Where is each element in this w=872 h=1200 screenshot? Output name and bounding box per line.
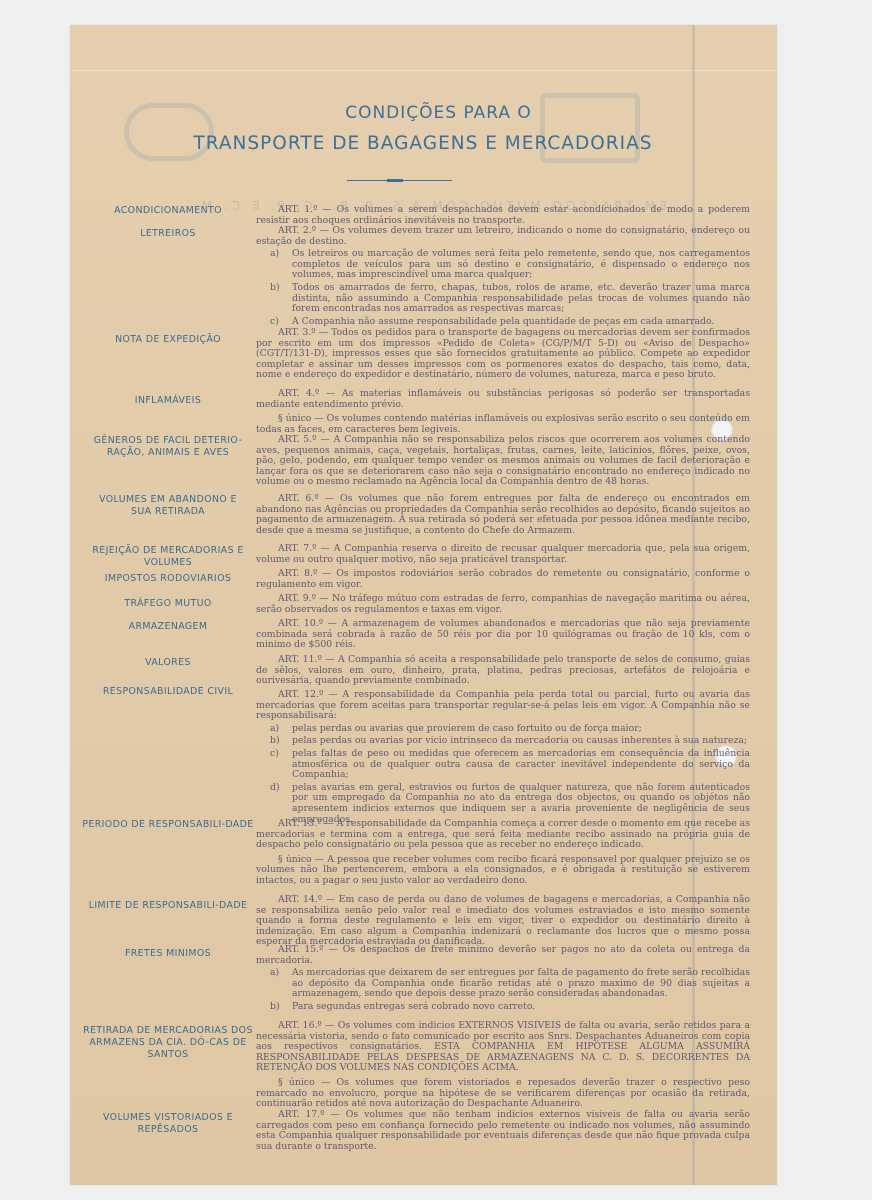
section-label: VOLUMES EM ABANDONO E SUA RETIRADA bbox=[88, 494, 248, 518]
section-label: RESPONSABILIDADE CIVIL bbox=[76, 686, 260, 698]
section-label: ARMAZENAGEM bbox=[88, 621, 248, 633]
section-body: ART. 9.º — No tráfego mútuo com estradas… bbox=[256, 594, 750, 615]
section-label: REJEIÇÃO DE MERCADORIAS E VOLUMES bbox=[88, 545, 248, 569]
page-title-line2: TRANSPORTE DE BAGAGENS E MERCADORIAS bbox=[69, 133, 777, 154]
section-body: ART. 11.º — A Companhia só aceita a resp… bbox=[256, 655, 750, 687]
section-body: ART. 7.º — A Companhia reserva o direito… bbox=[256, 544, 750, 565]
section-label: RETIRADA DE MERCADORIAS DOS ARMAZENS DA … bbox=[78, 1025, 258, 1061]
section-label: PERIODO DE RESPONSABILI-DADE bbox=[78, 819, 258, 831]
section-body: ART. 12.º — A responsabilidade da Compan… bbox=[256, 690, 750, 825]
section-label: FRETES MINIMOS bbox=[88, 948, 248, 960]
section-label: INFLAMÁVEIS bbox=[88, 395, 248, 407]
section-body: ART. 10.º — A armazenagem de volumes aba… bbox=[256, 619, 750, 651]
section-label: VOLUMES VISTORIADOS E REPÊSADOS bbox=[88, 1112, 248, 1136]
section-body: ART. 3.º — Todos os pedidos para o trans… bbox=[256, 328, 750, 381]
section-body: ART. 1.º — Os volumes a serem despachado… bbox=[256, 205, 750, 226]
section-body: ART. 8.º — Os impostos rodoviários serão… bbox=[256, 569, 750, 590]
page-title-line1: CONDIÇÕES PARA O bbox=[100, 103, 777, 123]
section-body: ART. 17.º — Os volumes que não tenham in… bbox=[256, 1110, 750, 1152]
section-body: ART. 14.º — Em caso de perda ou dano de … bbox=[256, 895, 750, 948]
section-label: GÊNEROS DE FACIL DETERIO-RAÇÃO, ANIMAIS … bbox=[88, 435, 248, 459]
section-label: VALORES bbox=[88, 657, 248, 669]
title-divider-mark bbox=[387, 179, 403, 182]
section-body: ART. 4.º — As materias inflamáveis ou su… bbox=[256, 389, 750, 435]
section-body: ART. 2.º — Os volumes devem trazer um le… bbox=[256, 226, 750, 327]
section-body: ART. 5.º — A Companhia não se responsabi… bbox=[256, 435, 750, 488]
section-body: ART. 13.º — A responsabilidade da Compan… bbox=[256, 819, 750, 887]
section-body: ART. 6.º — Os volumes que não forem entr… bbox=[256, 494, 750, 536]
section-label: TRÁFEGO MUTUO bbox=[88, 598, 248, 610]
section-body: ART. 15.º — Os despachos de frete minimo… bbox=[256, 945, 750, 1013]
section-label: NOTA DE EXPEDIÇÃO bbox=[88, 334, 248, 346]
section-label: IMPOSTOS RODOVIARIOS bbox=[88, 573, 248, 585]
section-label: LETREIROS bbox=[88, 228, 248, 240]
section-label: ACONDICIONAMENTO bbox=[88, 205, 248, 217]
document-page: EM TRAFEGO MUTUO COM A S. P. R., C. P. E… bbox=[70, 25, 777, 1185]
paper-fold bbox=[70, 70, 777, 71]
section-body: ART. 16.º — Os volumes com indicios EXTE… bbox=[256, 1021, 750, 1110]
section-label: LIMITE DE RESPONSABILI-DADE bbox=[88, 900, 248, 912]
